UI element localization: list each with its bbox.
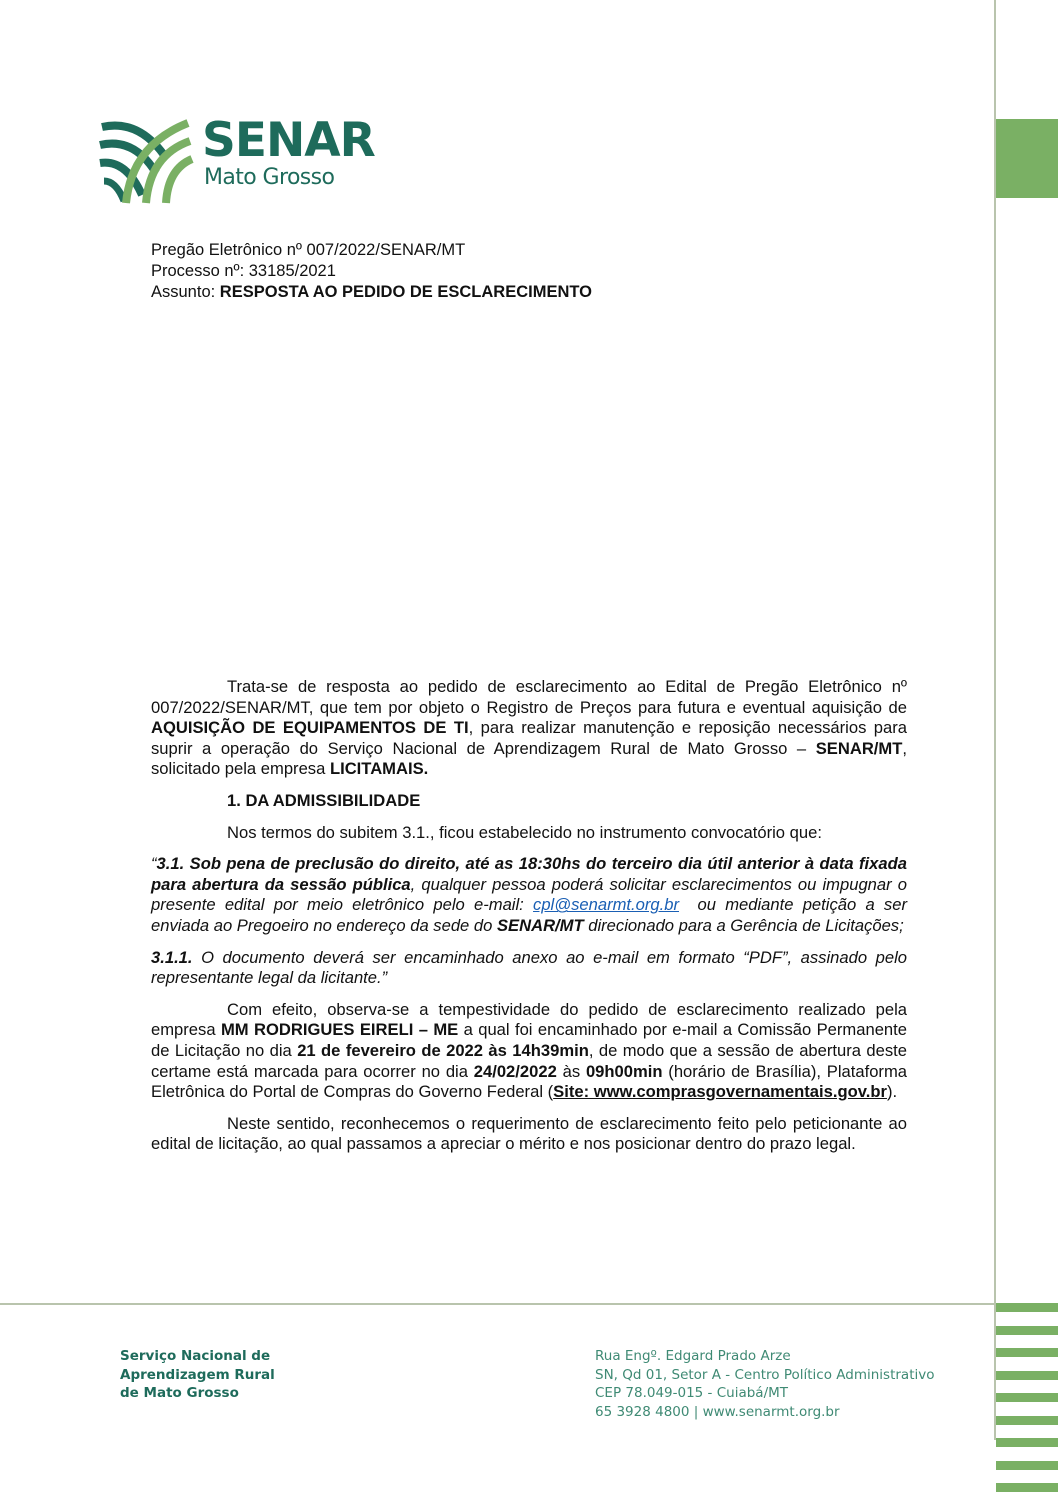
bold-text: 24/02/2022 xyxy=(474,1062,557,1081)
logo-subtitle: Mato Grosso xyxy=(204,167,334,189)
section-title: 1. DA ADMISSIBILIDADE xyxy=(227,791,907,812)
decorative-stripe xyxy=(996,1483,1058,1492)
bold-text: 3.1.1. xyxy=(151,948,193,967)
decorative-stripe xyxy=(996,1303,1058,1312)
senar-leaf-icon xyxy=(98,115,194,205)
processo-line: Processo nº: 33185/2021 xyxy=(151,261,592,282)
decorative-stripe xyxy=(996,1371,1058,1380)
decorative-stripe xyxy=(996,1461,1058,1470)
text: às xyxy=(557,1062,586,1081)
bold-text: MM RODRIGUES EIRELI – ME xyxy=(221,1020,458,1039)
footer-address-line: CEP 78.049-015 - Cuiabá/MT xyxy=(595,1384,935,1403)
text: O documento deverá ser encaminhado anexo… xyxy=(151,948,907,988)
decorative-stripe xyxy=(996,1438,1058,1447)
footer-contact-line: 65 3928 4800 | www.senarmt.org.br xyxy=(595,1403,935,1422)
bold-text: 21 de fevereiro de 2022 às 14h39min xyxy=(297,1041,589,1060)
quote-item-3-1: “3.1. Sob pena de preclusão do direito, … xyxy=(151,854,907,936)
email-link[interactable]: cpl@senarmt.org.br xyxy=(533,895,679,914)
footer-org-line: Aprendizagem Rural xyxy=(120,1366,275,1385)
decorative-stripe xyxy=(996,1393,1058,1402)
decorative-stripe xyxy=(996,1348,1058,1357)
footer-org-line: de Mato Grosso xyxy=(120,1384,275,1403)
paragraph-intro: Trata-se de resposta ao pedido de esclar… xyxy=(151,677,907,780)
bold-text: LICITAMAIS. xyxy=(330,759,428,778)
text: direcionado para a Gerência de Licitaçõe… xyxy=(584,916,904,935)
text: ). xyxy=(887,1082,897,1101)
bold-text: 09h00min xyxy=(586,1062,663,1081)
footer-org-name: Serviço Nacional de Aprendizagem Rural d… xyxy=(120,1347,275,1403)
paragraph-conclusion: Neste sentido, reconhecemos o requerimen… xyxy=(151,1114,907,1155)
site-link[interactable]: Site: www.comprasgovernamentais.gov.br xyxy=(553,1082,887,1101)
document-header: Pregão Eletrônico nº 007/2022/SENAR/MT P… xyxy=(151,240,592,303)
footer-address-line: Rua Engº. Edgard Prado Arze xyxy=(595,1347,935,1366)
subject-line: Assunto: RESPOSTA AO PEDIDO DE ESCLARECI… xyxy=(151,282,592,303)
bold-text: SENAR/MT xyxy=(816,739,903,758)
footer-org-line: Serviço Nacional de xyxy=(120,1347,275,1366)
footer-address: Rua Engº. Edgard Prado Arze SN, Qd 01, S… xyxy=(595,1347,935,1421)
subject-value: RESPOSTA AO PEDIDO DE ESCLARECIMENTO xyxy=(220,283,592,301)
paragraph-terms: Nos termos do subitem 3.1., ficou estabe… xyxy=(151,823,907,844)
subject-label: Assunto: xyxy=(151,283,220,301)
text: Trata-se de resposta ao pedido de esclar… xyxy=(151,677,907,717)
decorative-green-block xyxy=(996,119,1058,198)
logo-title: SENAR xyxy=(202,117,375,164)
decorative-stripe xyxy=(996,1416,1058,1425)
document-body: Trata-se de resposta ao pedido de esclar… xyxy=(151,677,907,1166)
bold-text: AQUISIÇÃO DE EQUIPAMENTOS DE TI xyxy=(151,718,469,737)
pregao-line: Pregão Eletrônico nº 007/2022/SENAR/MT xyxy=(151,240,592,261)
paragraph-tempestividade: Com efeito, observa-se a tempestividade … xyxy=(151,1000,907,1103)
decorative-stripe xyxy=(996,1326,1058,1335)
senar-logo: SENAR Mato Grosso xyxy=(98,115,378,205)
footer-address-line: SN, Qd 01, Setor A - Centro Político Adm… xyxy=(595,1366,935,1385)
bold-text: SENAR/MT xyxy=(497,916,584,935)
page-border-vertical xyxy=(994,0,996,1440)
quote-item-3-1-1: 3.1.1. O documento deverá ser encaminhad… xyxy=(151,948,907,989)
footer-divider xyxy=(0,1303,996,1305)
